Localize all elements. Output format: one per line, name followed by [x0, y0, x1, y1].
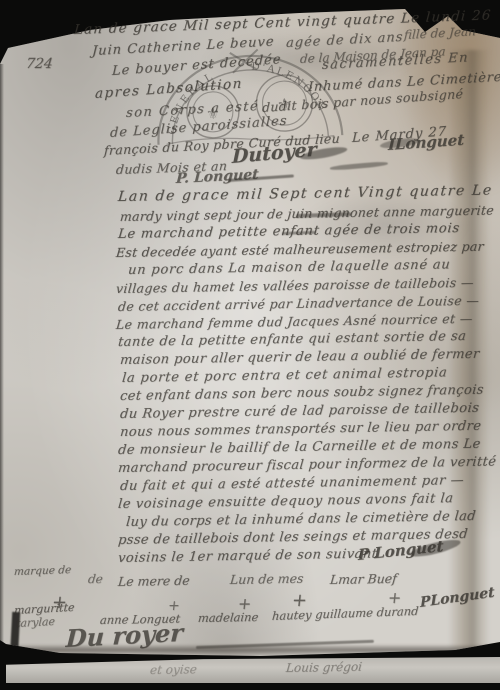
manuscript-line: tarylae: [16, 615, 56, 630]
manuscript-line: de: [87, 572, 103, 586]
manuscript-line: apres Labsolution: [95, 76, 243, 102]
ink-scribble: [330, 161, 388, 171]
manuscript-line: le voisinage ensuitte dequoy nous avons …: [117, 491, 454, 512]
manuscript-line: PLonguet: [420, 584, 495, 611]
handwriting-layer: Lan de grace Mil sept Cent vingt quatre …: [0, 0, 500, 690]
manuscript-line: Le mere de: [117, 573, 190, 589]
manuscript-line: la porte et porc entra et cet animal est…: [121, 365, 448, 386]
scanned-register-page: GENERAL D'ALENCON ⚜ ⚜ Lan de grace Mil s…: [0, 0, 500, 690]
manuscript-line: 724: [25, 56, 53, 72]
manuscript-line: Du royer: [65, 618, 184, 653]
manuscript-line: madelaine: [197, 610, 259, 625]
manuscript-line: fille de Jean: [404, 24, 477, 42]
manuscript-line: Lmar Buef: [329, 571, 397, 587]
manuscript-line: Louis grégoi: [285, 660, 362, 675]
manuscript-line: voisins le 1er marqué de son suivant: [117, 546, 378, 566]
manuscript-line: marque de: [14, 564, 72, 578]
manuscript-line: Lan de grace mil Sept cent Vingt quatre …: [117, 182, 493, 205]
manuscript-line: et oyise: [149, 662, 197, 677]
manuscript-line: un porc dans La maison de laquelle asné …: [127, 257, 451, 278]
manuscript-line: Lun de mes: [229, 571, 304, 587]
ink-scribble: [196, 640, 374, 649]
